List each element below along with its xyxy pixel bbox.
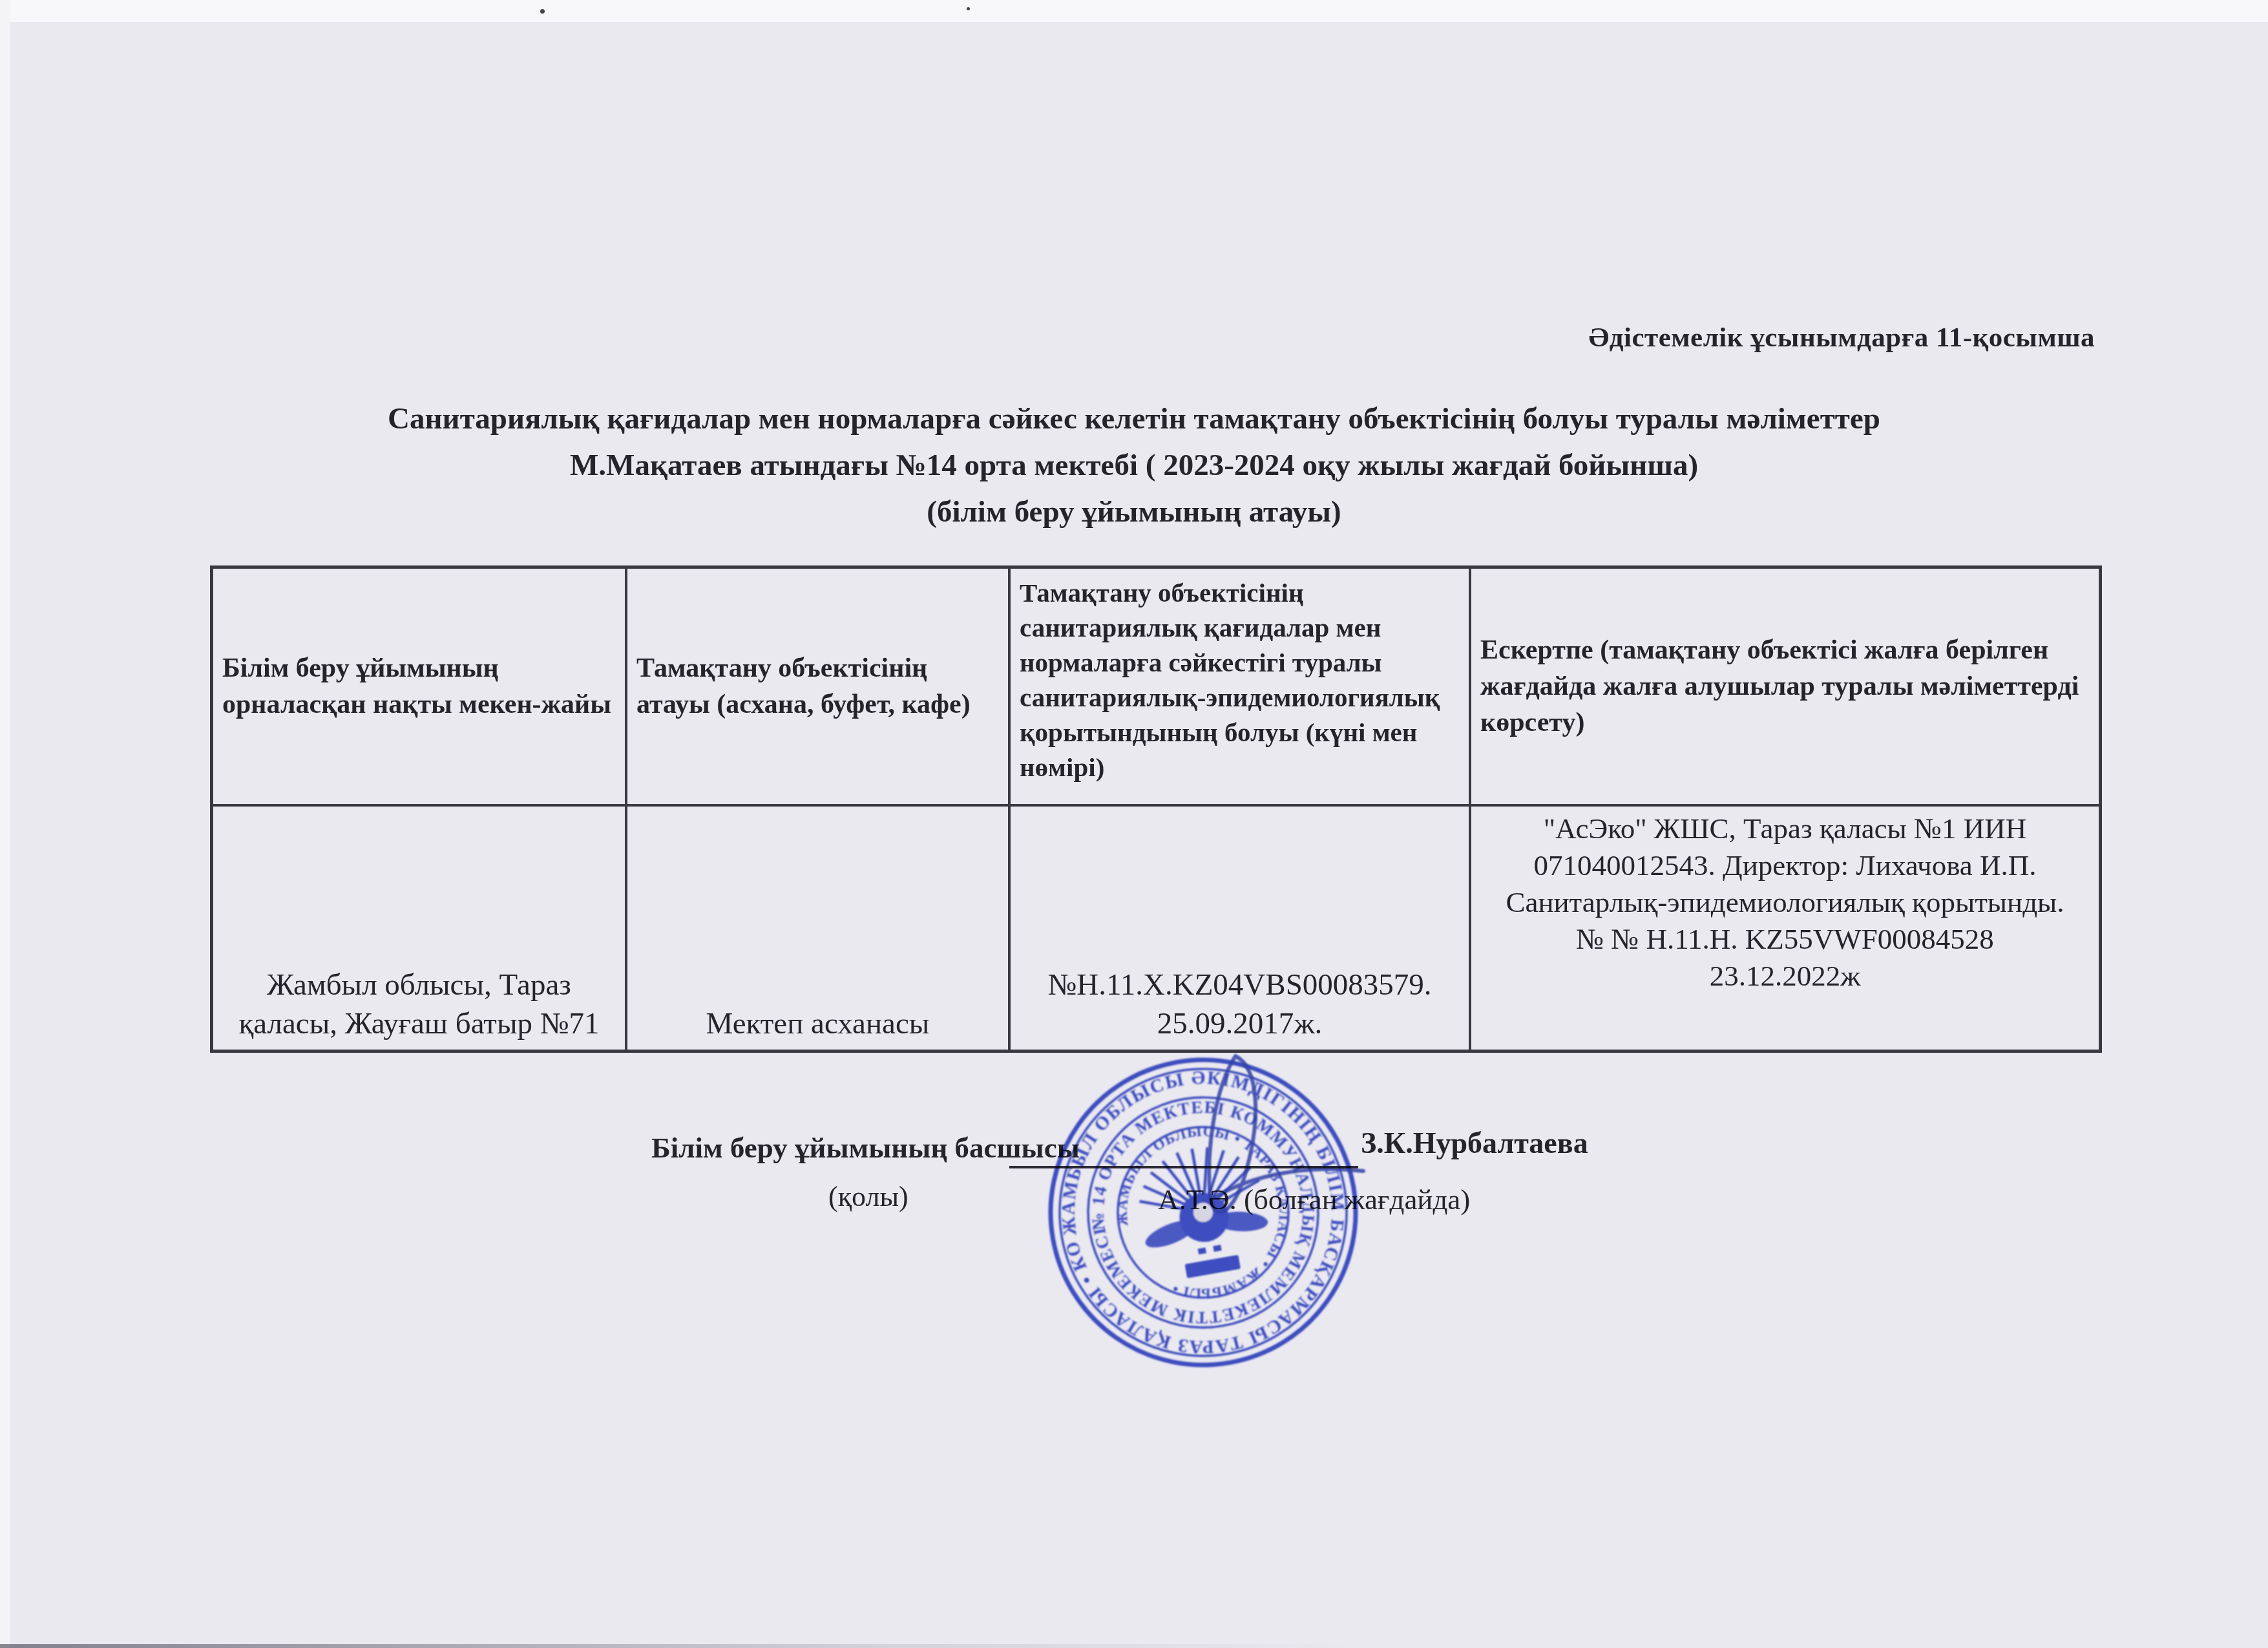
note-line: № № Н.11.Н. KZ55VWF00084528 (1474, 921, 2096, 958)
stamp-emblem-banner (1182, 1242, 1241, 1278)
title-line-2: М.Мақатаев атындағы №14 орта мектебі ( 2… (162, 442, 2106, 489)
signature-hint-qoly: (қолы) (828, 1180, 908, 1213)
cell-facility: Мектеп асханасы (627, 807, 1011, 1050)
conclusion-number: №Н.11.X.KZ04VBS00083579. (1014, 966, 1465, 1004)
cell-conclusion: №Н.11.X.KZ04VBS00083579. 25.09.2017ж. (1011, 807, 1471, 1050)
header-cell-address: Білім беру ұйымының орналасқан нақты мек… (213, 569, 627, 807)
header-cell-note: Ескертпе (тамақтану объектісі жалға бері… (1471, 569, 2099, 807)
header-cell-conclusion: Тамақтану объектісінің санитариялық қағи… (1011, 569, 1471, 807)
header-cell-facility: Тамақтану объектісінің атауы (асхана, бу… (627, 569, 1011, 807)
scan-speck (967, 7, 970, 10)
document-title: Санитариялық қағидалар мен нормаларға сә… (162, 396, 2106, 535)
scan-edge-bottom (0, 1644, 1357, 1648)
appendix-note: Әдістемелік ұсынымдарға 11-қосымша (1589, 322, 2095, 354)
cell-address: Жамбыл облысы, Тараз қаласы, Жауғаш баты… (213, 807, 627, 1050)
cell-note: "АсЭко" ЖШС, Тараз қаласы №1 ИИН 0710400… (1471, 807, 2099, 1050)
stamp-artwork: ЖАМБЫЛ ОБЛЫСЫ ӘКІМДІГІНІҢ БІЛІМ БАСҚАРМА… (1021, 1034, 1380, 1396)
scan-speck (540, 9, 545, 14)
official-stamp: ЖАМБЫЛ ОБЛЫСЫ ӘКІМДІГІНІҢ БІЛІМ БАСҚАРМА… (1021, 1034, 1422, 1402)
title-line-3: (білім беру ұйымының атауы) (162, 489, 2106, 535)
note-line: 071040012543. Директор: Лихачова И.П. (1474, 847, 2096, 884)
title-line-1: Санитариялық қағидалар мен нормаларға сә… (162, 396, 2106, 442)
scanned-document-page: Әдістемелік ұсынымдарға 11-қосымша Санит… (0, 0, 2268, 1648)
scan-edge-top (0, 0, 2268, 22)
compliance-table: Білім беру ұйымының орналасқан нақты мек… (210, 565, 2102, 1053)
note-line: Санитарлық-эпидемиологиялық қорытынды. (1474, 884, 2096, 921)
note-line: 23.12.2022ж (1474, 958, 2096, 995)
note-line: "АсЭко" ЖШС, Тараз қаласы №1 ИИН (1474, 810, 2096, 847)
scan-edge-left (0, 0, 10, 1648)
